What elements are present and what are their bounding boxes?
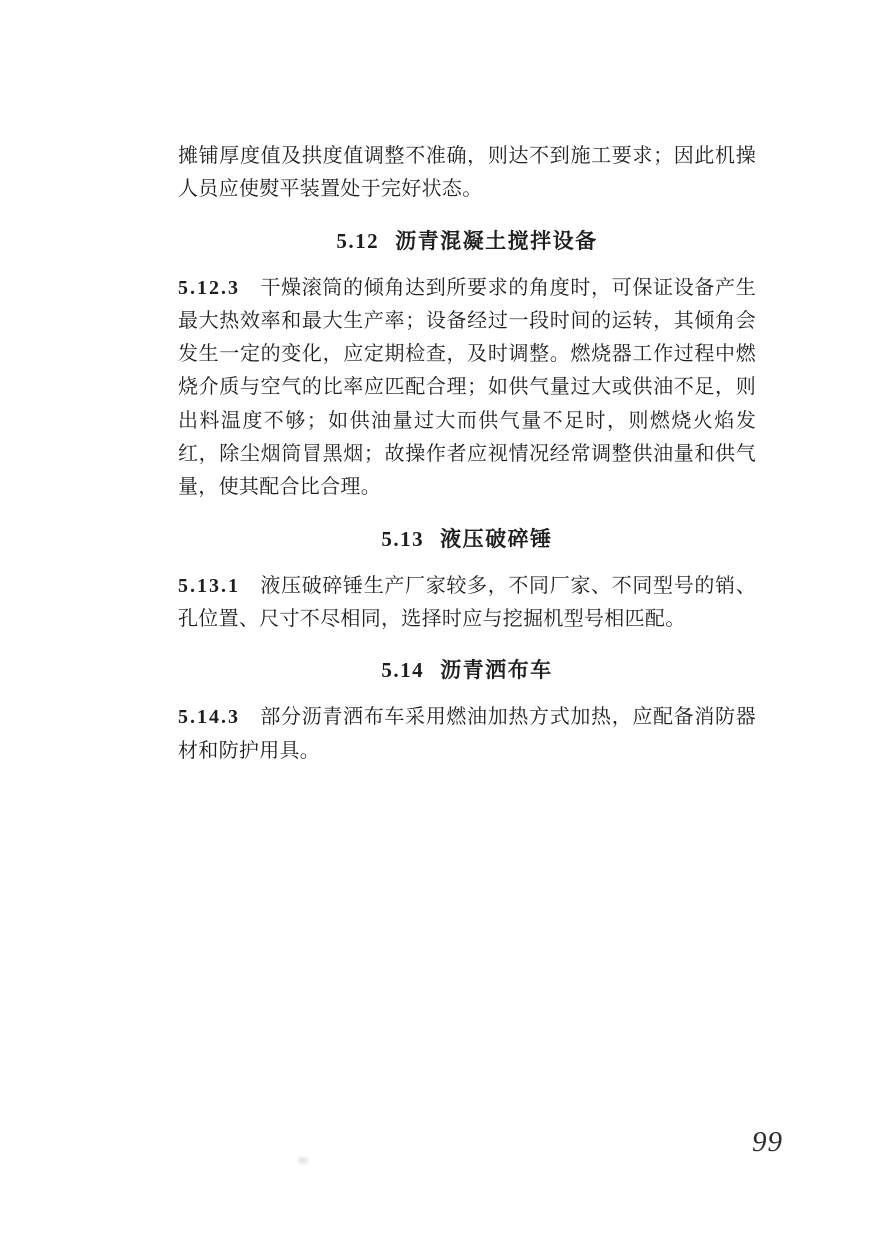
section-heading-5-12: 5.12沥青混凝土搅拌设备 [178, 225, 756, 258]
paragraph-line: 材和防护用具。 [178, 735, 756, 768]
scanned-document-page: 摊铺厚度值及拱度值调整不准确，则达不到施工要求；因此机操 人员应使熨平装置处于完… [0, 0, 878, 1241]
clause-first-line: 5.12.3干燥滚筒的倾角达到所要求的角度时，可保证设备产生 [178, 272, 756, 305]
text-block: 摊铺厚度值及拱度值调整不准确，则达不到施工要求；因此机操 人员应使熨平装置处于完… [178, 140, 756, 768]
clause-number: 5.14.3 [178, 706, 240, 728]
clause-text: 干燥滚筒的倾角达到所要求的角度时，可保证设备产生 [260, 277, 756, 299]
paragraph-line: 摊铺厚度值及拱度值调整不准确，则达不到施工要求；因此机操 [178, 140, 756, 173]
section-title: 沥青洒布车 [440, 659, 553, 682]
paragraph-line: 出料温度不够；如供油量过大而供气量不足时，则燃烧火焰发 [178, 405, 756, 438]
paragraph-line: 红，除尘烟筒冒黑烟；故操作者应视情况经常调整供油量和供气 [178, 438, 756, 471]
page-number: 99 [752, 1126, 783, 1159]
scan-artifact-mark [297, 1156, 309, 1165]
section-heading-5-14: 5.14沥青洒布车 [178, 654, 756, 687]
clause-first-line: 5.14.3部分沥青洒布车采用燃油加热方式加热，应配备消防器 [178, 701, 756, 734]
section-number: 5.13 [381, 527, 424, 551]
paragraph-line: 最大热效率和最大生产率；设备经过一段时间的运转，其倾角会 [178, 305, 756, 338]
paragraph-line: 孔位置、尺寸不尽相同，选择时应与挖掘机型号相匹配。 [178, 603, 756, 636]
clause-5-13-1: 5.13.1液压破碎锤生产厂家较多，不同厂家、不同型号的销、 孔位置、尺寸不尽相… [178, 570, 756, 637]
section-number: 5.12 [336, 229, 379, 253]
clause-text: 液压破碎锤生产厂家较多，不同厂家、不同型号的销、 [260, 575, 756, 597]
section-title: 沥青混凝土搅拌设备 [395, 230, 598, 253]
paragraph-line: 发生一定的变化，应定期检查，及时调整。燃烧器工作过程中燃 [178, 338, 756, 371]
paragraph-line: 量，使其配合比合理。 [178, 471, 756, 504]
section-title: 液压破碎锤 [440, 528, 553, 551]
intro-paragraph: 摊铺厚度值及拱度值调整不准确，则达不到施工要求；因此机操 人员应使熨平装置处于完… [178, 140, 756, 207]
paragraph-line: 烧介质与空气的比率应匹配合理；如供气量过大或供油不足，则 [178, 371, 756, 404]
section-heading-5-13: 5.13液压破碎锤 [178, 523, 756, 556]
clause-number: 5.12.3 [178, 277, 240, 299]
clause-text: 部分沥青洒布车采用燃油加热方式加热，应配备消防器 [260, 706, 756, 728]
clause-number: 5.13.1 [178, 575, 240, 597]
paragraph-line: 人员应使熨平装置处于完好状态。 [178, 173, 756, 206]
clause-5-12-3: 5.12.3干燥滚筒的倾角达到所要求的角度时，可保证设备产生 最大热效率和最大生… [178, 272, 756, 505]
clause-first-line: 5.13.1液压破碎锤生产厂家较多，不同厂家、不同型号的销、 [178, 570, 756, 603]
section-number: 5.14 [381, 658, 424, 682]
clause-5-14-3: 5.14.3部分沥青洒布车采用燃油加热方式加热，应配备消防器 材和防护用具。 [178, 701, 756, 768]
